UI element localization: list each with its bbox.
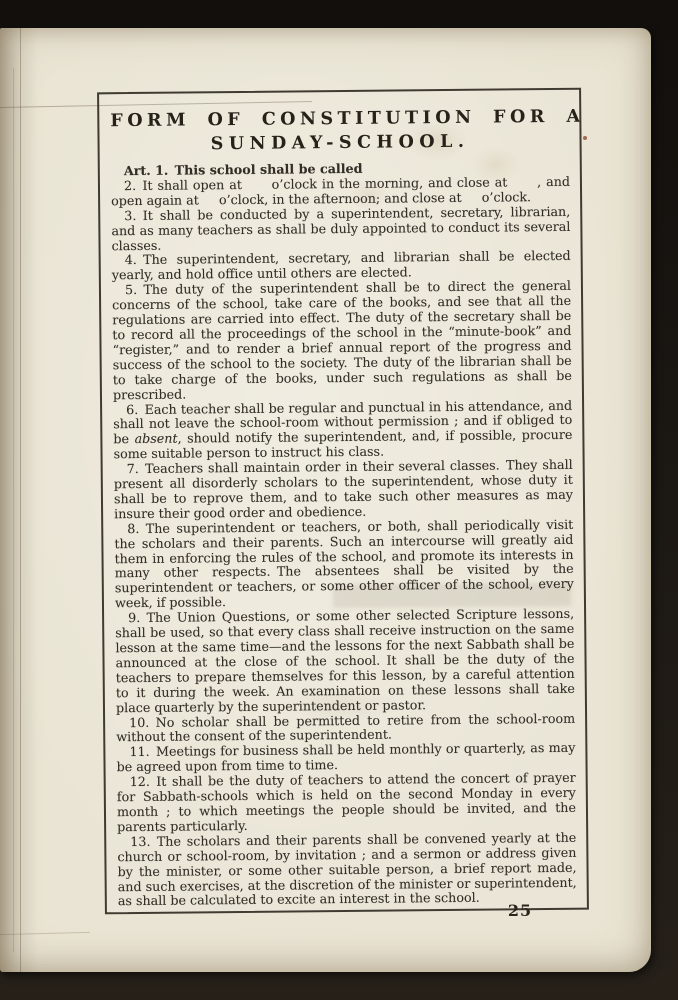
constitution-paragraph: 8. The superintendent or teachers, or bo… xyxy=(114,518,574,612)
constitution-paragraph: 7. Teachers shall maintain order in thei… xyxy=(114,458,574,522)
paragraph-text: 7. Teachers shall maintain order in thei… xyxy=(114,457,573,521)
crease-line xyxy=(0,932,90,935)
book-photo-background: FORM OF CONSTITUTION FOR A SUNDAY-SCHOOL… xyxy=(0,0,678,1000)
paragraph-text: 4. The superintendent, secretary, and li… xyxy=(112,248,571,282)
text-frame: FORM OF CONSTITUTION FOR A SUNDAY-SCHOOL… xyxy=(97,88,589,915)
paragraph-text: 2. It shall open at o’clock in the morni… xyxy=(111,174,570,208)
constitution-paragraph: 13. The scholars and their parents shall… xyxy=(117,831,577,910)
paragraph-text: 9. The Union Questions, or some other se… xyxy=(115,606,575,715)
paragraph-text: 12. It shall be the duty of teachers to … xyxy=(117,770,576,834)
emphasized-text: absent xyxy=(134,431,177,446)
page-title-line-2: SUNDAY-SCHOOL. xyxy=(110,131,569,155)
constitution-paragraph: 12. It shall be the duty of teachers to … xyxy=(117,771,577,835)
crease-line xyxy=(13,68,14,952)
constitution-paragraph: 9. The Union Questions, or some other se… xyxy=(115,607,575,716)
paragraph-text: 13. The scholars and their parents shall… xyxy=(117,830,576,909)
ink-speck xyxy=(583,136,587,140)
paragraph-text: 8. The superintendent or teachers, or bo… xyxy=(114,517,574,611)
constitution-paragraph: 5. The duty of the superintendent shall … xyxy=(112,279,572,403)
paragraph-text: 3. It shall be conducted by a superinten… xyxy=(111,204,570,253)
book-page: FORM OF CONSTITUTION FOR A SUNDAY-SCHOOL… xyxy=(0,28,651,972)
page-title-line-1: FORM OF CONSTITUTION FOR A xyxy=(110,107,569,131)
constitution-paragraph: 3. It shall be conducted by a superinten… xyxy=(111,205,570,254)
page-number: 25 xyxy=(498,901,542,920)
article-body: Art. 1. This school shall be called2. It… xyxy=(111,160,577,910)
paragraph-text: 11. Meetings for business shall be held … xyxy=(116,740,575,774)
paragraph-text: 10. No scholar shall be permitted to ret… xyxy=(116,710,575,744)
crease-line xyxy=(20,28,21,972)
gutter-shadow xyxy=(0,28,38,972)
paragraph-text: 5. The duty of the superintendent shall … xyxy=(112,278,572,402)
constitution-paragraph: 6. Each teacher shall be regular and pun… xyxy=(113,398,573,462)
page-title: FORM OF CONSTITUTION FOR A SUNDAY-SCHOOL… xyxy=(110,107,569,155)
paragraph-text: , should notify the superintendent, and,… xyxy=(113,427,572,461)
